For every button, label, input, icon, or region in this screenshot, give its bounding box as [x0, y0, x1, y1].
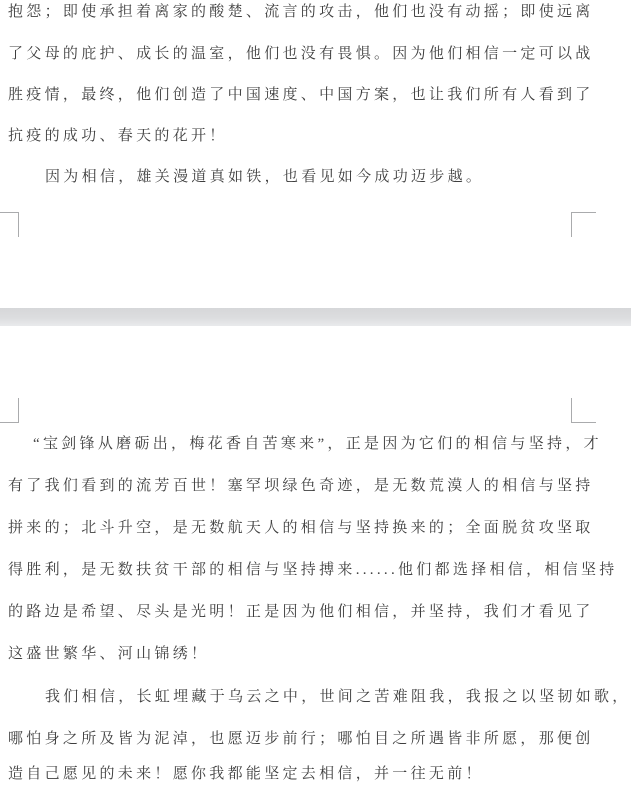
text-line[interactable]: 因为相信，雄关漫道真如铁，也看见如今成功迈步越。 — [45, 167, 484, 187]
document-canvas: 抱怨；即使承担着离家的酸楚、流言的攻击，他们也没有动摇；即使远离 了父母的庇护、… — [0, 0, 631, 795]
text-line[interactable]: 造自己愿见的未来！愿你我都能坚定去相信，并一往无前！ — [8, 764, 484, 784]
text-line[interactable]: 抗疫的成功、春天的花开！ — [8, 126, 228, 146]
text-line[interactable]: 的路边是希望、尽头是光明！正是因为他们相信，并坚持，我们才看见了 — [8, 602, 594, 622]
text-line[interactable]: 哪怕身之所及皆为泥淖，也愿迈步前行；哪怕目之所遇皆非所愿，那便创 — [8, 729, 594, 749]
text-line[interactable]: 了父母的庇护、成长的温室，他们也没有畏惧。因为他们相信一定可以战 — [8, 44, 594, 64]
text-line[interactable]: 有了我们看到的流芳百世！塞罕坝绿色奇迹，是无数荒漠人的相信与坚持 — [8, 476, 594, 496]
text-line[interactable]: 拼来的；北斗升空，是无数航天人的相信与坚持换来的；全面脱贫攻坚取 — [8, 518, 594, 538]
crop-mark-page2-top-left — [0, 398, 19, 423]
text-line[interactable]: 得胜利，是无数扶贫干部的相信与坚持搏来......他们都选择相信，相信坚持 — [8, 560, 618, 580]
text-line[interactable]: 这盛世繁华、河山锦绣！ — [8, 644, 209, 664]
page-separator — [0, 308, 631, 326]
text-line[interactable]: 我们相信，长虹埋藏于乌云之中，世间之苦难阻我，我报之以坚韧如歌， — [45, 687, 631, 707]
crop-mark-page2-top-right — [571, 398, 596, 423]
crop-mark-page1-bottom-left — [0, 212, 19, 237]
text-line[interactable]: “宝剑锋从磨砺出，梅花香自苦寒来”，正是因为它们的相信与坚持，才 — [33, 434, 602, 454]
text-line[interactable]: 胜疫情，最终，他们创造了中国速度、中国方案，也让我们所有人看到了 — [8, 85, 594, 105]
crop-mark-page1-bottom-right — [571, 212, 596, 237]
text-line[interactable]: 抱怨；即使承担着离家的酸楚、流言的攻击，他们也没有动摇；即使远离 — [8, 2, 594, 22]
